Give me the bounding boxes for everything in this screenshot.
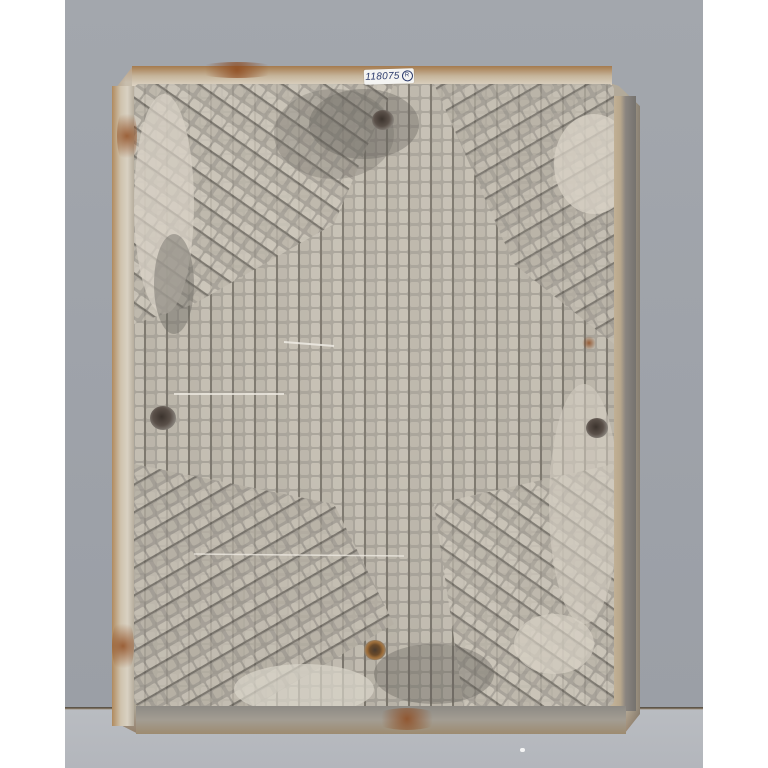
inventory-number: 118075: [365, 71, 400, 83]
rust-spot: [372, 708, 442, 730]
nail-bottom: [364, 640, 386, 660]
debris-speck: [520, 748, 525, 752]
plaster-panel: [112, 66, 642, 738]
rust-spot: [582, 336, 596, 350]
rust-spot: [192, 62, 282, 78]
chisel-texture: [134, 84, 614, 706]
rust-spot: [117, 106, 137, 166]
inventory-label: 118075 R: [364, 68, 414, 85]
circled-mark: R: [402, 70, 413, 81]
nail-right: [586, 418, 608, 438]
nail-left: [150, 406, 176, 430]
tooled-plaster-surface: [134, 84, 614, 706]
nail-top: [372, 110, 394, 130]
rust-spot: [112, 616, 134, 676]
